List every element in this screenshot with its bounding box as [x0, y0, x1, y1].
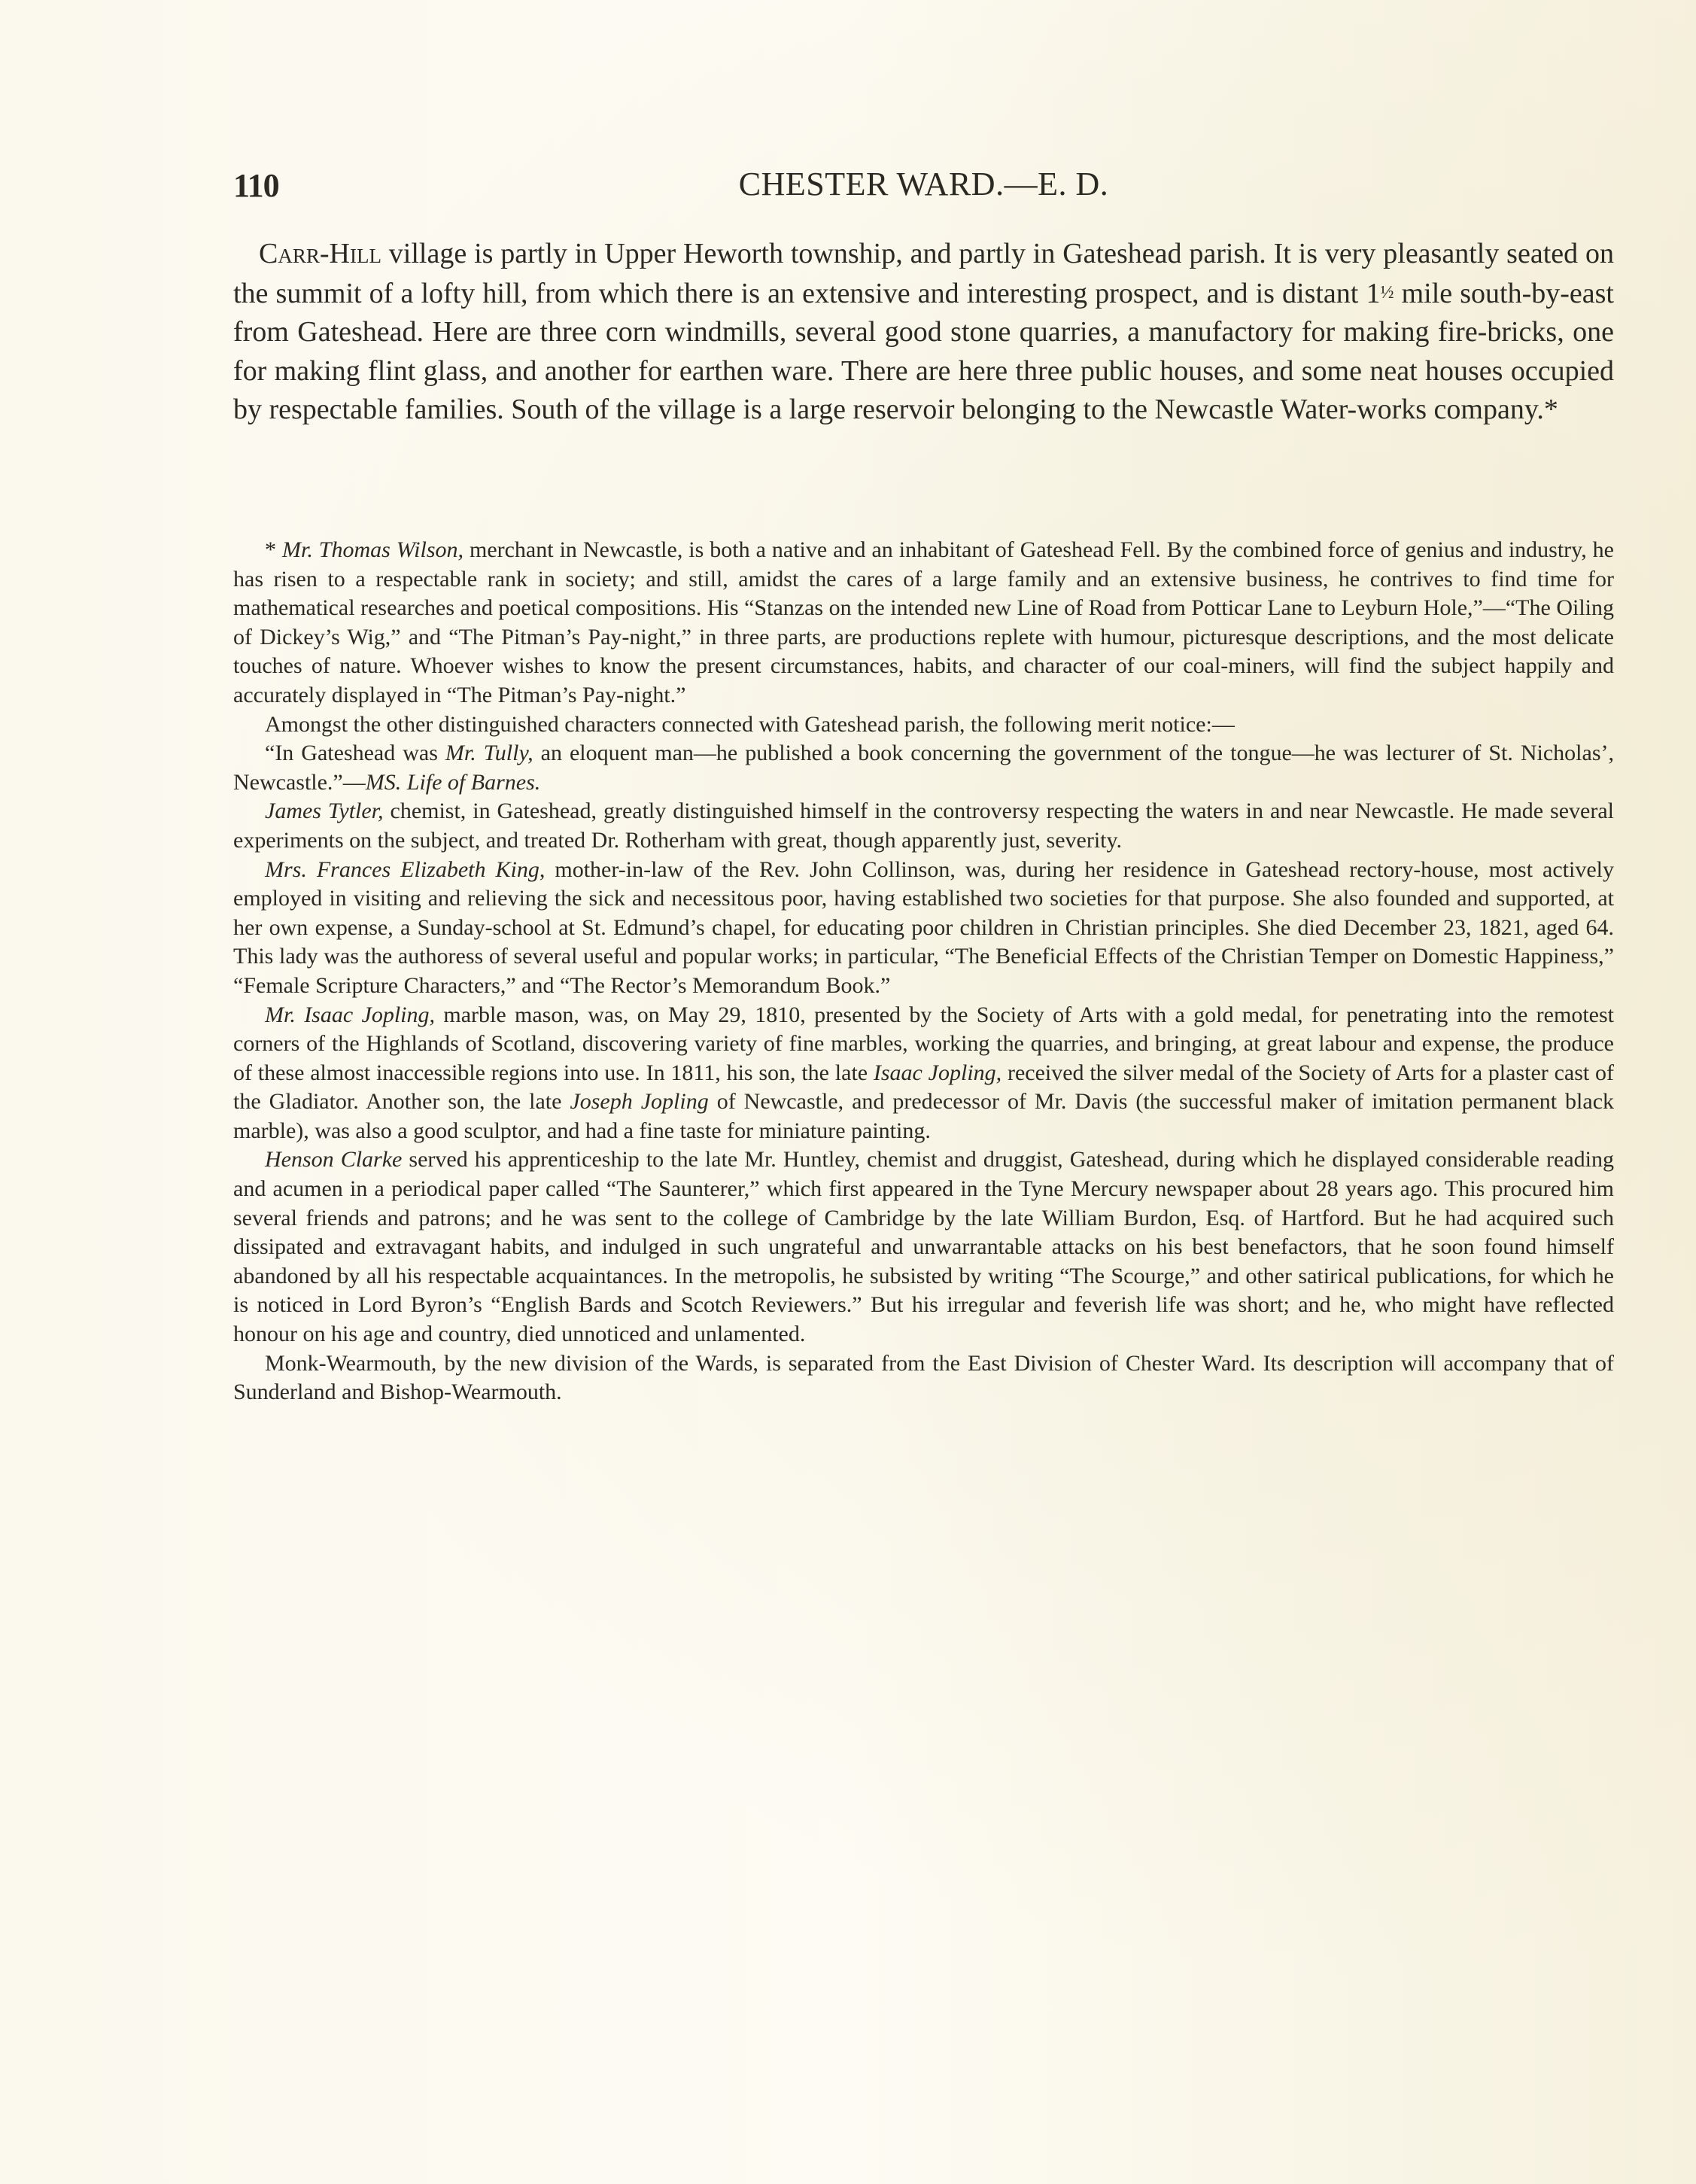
italic-name: Mrs. Frances Elizabeth King, — [265, 857, 545, 882]
italic-name: Mr. Isaac Jopling, — [265, 1002, 435, 1027]
footnote-text: * — [265, 537, 282, 562]
footnote-paragraph: Mr. Isaac Jopling, marble mason, was, on… — [233, 1001, 1614, 1146]
footnote-text: served his apprenticeship to the late Mr… — [233, 1147, 1614, 1346]
footnote-text: Amongst the other distinguished characte… — [265, 712, 1235, 737]
footnote-paragraph: “In Gateshead was Mr. Tully, an eloquent… — [233, 739, 1614, 797]
italic-name: Mr. Thomas Wilson, — [282, 537, 464, 562]
footnote-paragraph: Amongst the other distinguished characte… — [233, 710, 1614, 740]
footnote-text: Monk-Wearmouth, by the new division of t… — [233, 1351, 1614, 1405]
main-paragraph: Carr-Hill village is partly in Upper Hew… — [233, 235, 1614, 430]
footnote-paragraph: James Tytler, chemist, in Gateshead, gre… — [233, 797, 1614, 855]
footnote-text: “In Gateshead was — [265, 741, 445, 765]
place-name: Carr-Hill — [259, 238, 381, 269]
footnote-text: merchant in Newcastle, is both a native … — [233, 537, 1614, 707]
italic-name: Mr. Tully, — [445, 741, 533, 765]
italic-name: Henson Clarke — [265, 1147, 402, 1172]
italic-name: Isaac Jopling, — [874, 1060, 1001, 1085]
fraction: ½ — [1380, 283, 1394, 303]
running-head: 110 CHESTER WARD.—E. D. — [233, 162, 1614, 207]
italic-name: MS. Life of Barnes. — [366, 770, 541, 795]
footnote-paragraph: Henson Clarke served his apprenticeship … — [233, 1145, 1614, 1349]
header-title: CHESTER WARD.—E. D. — [233, 165, 1614, 203]
footnote-paragraph: * Mr. Thomas Wilson, merchant in Newcast… — [233, 536, 1614, 710]
footnote-text: chemist, in Gateshead, greatly distingui… — [233, 798, 1614, 853]
italic-name: Joseph Jopling — [570, 1089, 708, 1114]
footnote-paragraph: Mrs. Frances Elizabeth King, mother-in-l… — [233, 856, 1614, 1001]
italic-name: James Tytler, — [265, 798, 384, 823]
footnotes-section: * Mr. Thomas Wilson, merchant in Newcast… — [233, 536, 1614, 1407]
footnote-paragraph: Monk-Wearmouth, by the new division of t… — [233, 1349, 1614, 1407]
